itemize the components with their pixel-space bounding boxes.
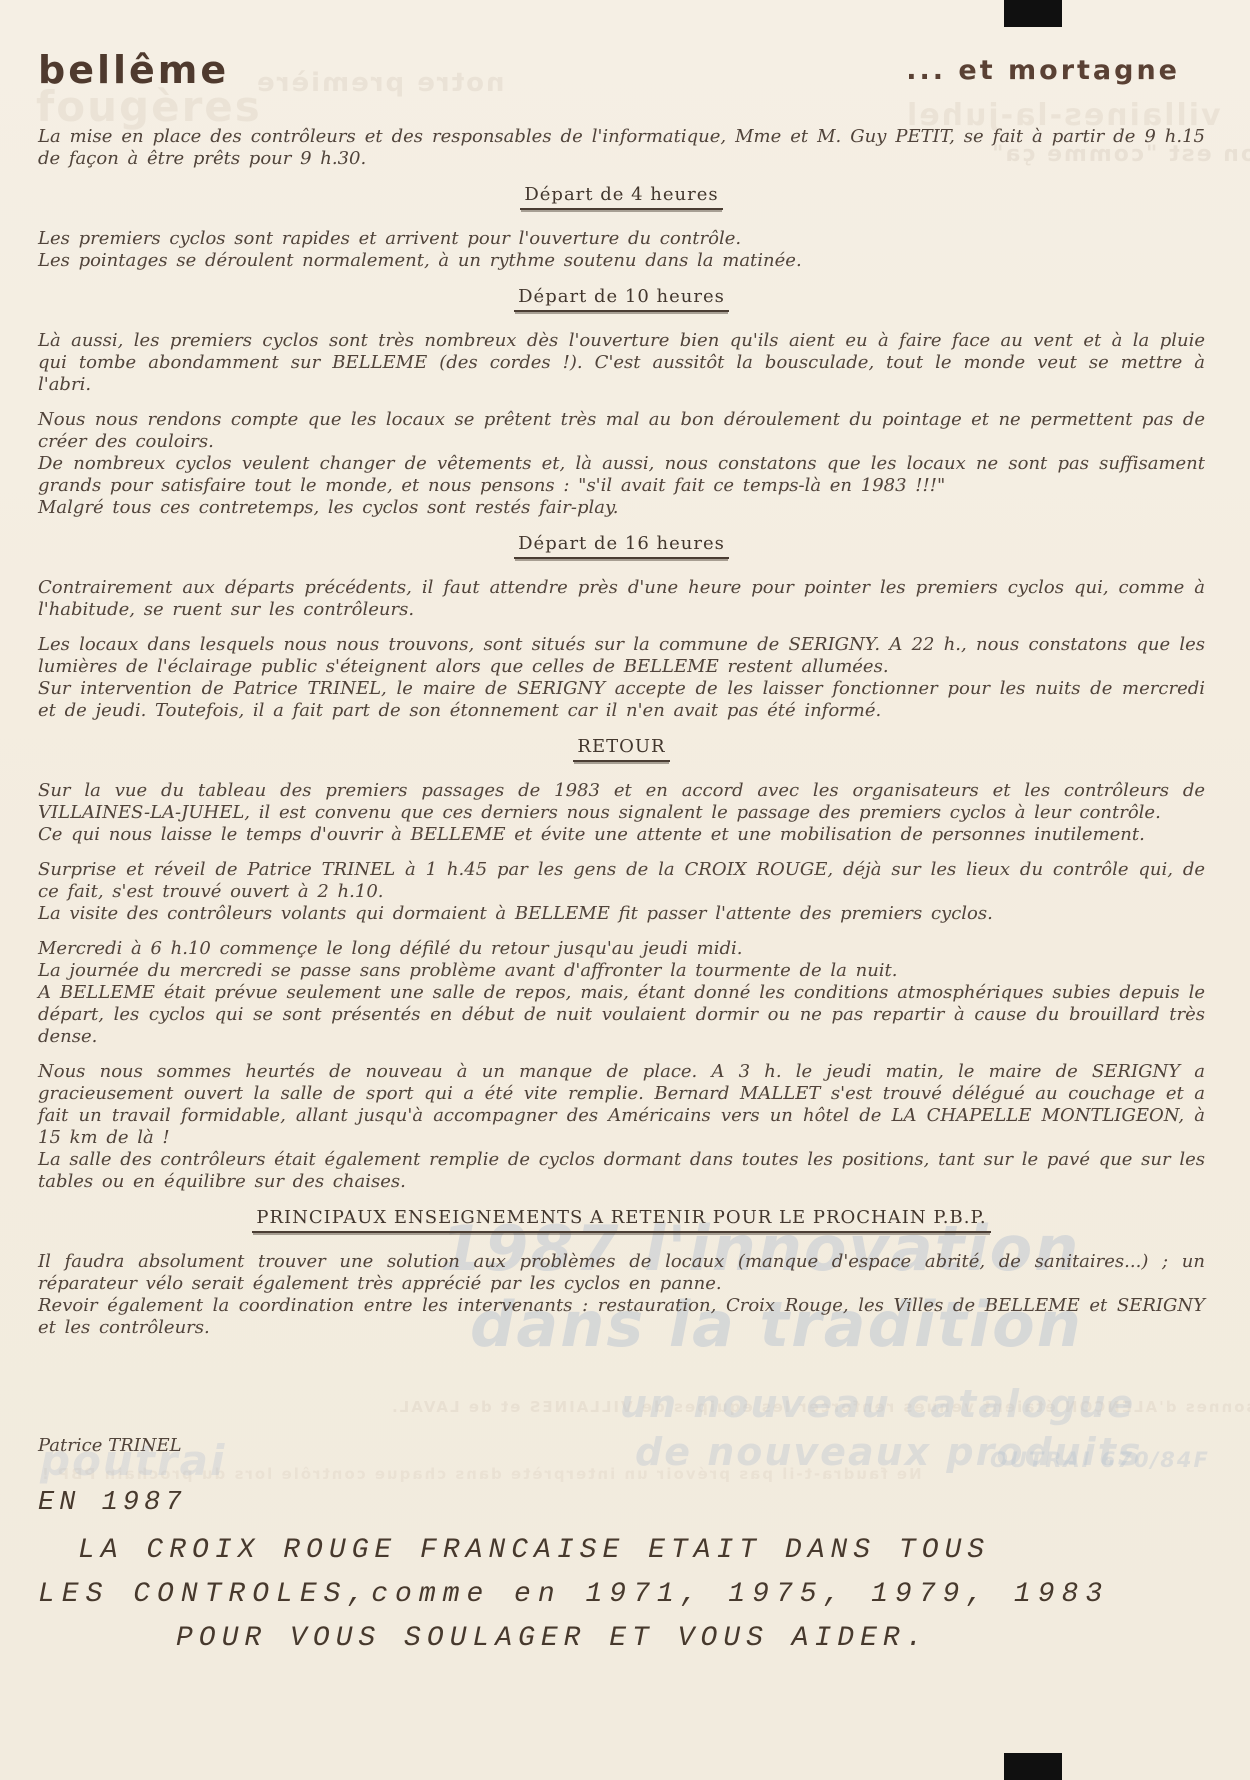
section-heading: Départ de 4 heures — [38, 184, 1205, 210]
paragraph: Là aussi, les premiers cyclos sont très … — [38, 330, 1205, 396]
banner-line: LA CROIX ROUGE FRANCAISE ETAIT DANS TOUS — [78, 1535, 1210, 1566]
masthead: bellême ... et mortagne — [38, 48, 1180, 92]
section-heading-text: Départ de 16 heures — [514, 533, 729, 559]
registration-mark-bottom — [1004, 1753, 1062, 1780]
page-title: bellême — [38, 48, 229, 92]
paragraph: Les locaux dans lesquels nous nous trouv… — [38, 634, 1205, 722]
section-heading-text: Départ de 4 heures — [520, 184, 722, 210]
paragraph: Nous nous sommes heurtés de nouveau à un… — [38, 1061, 1205, 1193]
footer-banner: EN 1987LA CROIX ROUGE FRANCAISE ETAIT DA… — [38, 1488, 1210, 1654]
signature: Patrice TRINEL — [38, 1435, 1205, 1457]
paragraph: Les premiers cyclos sont rapides et arri… — [38, 228, 1205, 272]
section-heading: Départ de 16 heures — [38, 533, 1205, 559]
ghost-text: Ne faudra-t-il pas prévoir un interprète… — [40, 1465, 922, 1483]
section-heading-text: Départ de 10 heures — [514, 286, 729, 312]
paragraph: La mise en place des contrôleurs et des … — [38, 126, 1205, 170]
paragraph: Surprise et réveil de Patrice TRINEL à 1… — [38, 859, 1205, 925]
paragraph: Sur la vue du tableau des premiers passa… — [38, 780, 1205, 846]
paragraph: Nous nous rendons compte que les locaux … — [38, 409, 1205, 519]
page-subtitle: ... et mortagne — [906, 55, 1180, 86]
banner-line: POUR VOUS SOULAGER ET VOUS AIDER. — [176, 1623, 1210, 1654]
registration-mark-top — [1004, 0, 1062, 27]
section-heading: PRINCIPAUX ENSEIGNEMENTS A RETENIR POUR … — [38, 1207, 1205, 1233]
section-heading: Départ de 10 heures — [38, 286, 1205, 312]
section-heading: RETOUR — [38, 736, 1205, 762]
article: La mise en place des contrôleurs et des … — [38, 126, 1205, 1457]
paragraph: Il faudra absolument trouver une solutio… — [38, 1251, 1205, 1339]
banner-line: LES CONTROLES,comme en 1971, 1975, 1979,… — [38, 1579, 1210, 1610]
scanned-newsletter-page: fougèresnotre premièrevillaines-la-juhel… — [0, 0, 1250, 1780]
section-heading-text: RETOUR — [573, 736, 669, 762]
section-heading-text: PRINCIPAUX ENSEIGNEMENTS A RETENIR POUR … — [252, 1207, 990, 1233]
banner-line: EN 1987 — [38, 1488, 1210, 1518]
paragraph: Contrairement aux départs précédents, il… — [38, 577, 1205, 621]
paragraph: Mercredi à 6 h.10 commençe le long défil… — [38, 938, 1205, 1048]
